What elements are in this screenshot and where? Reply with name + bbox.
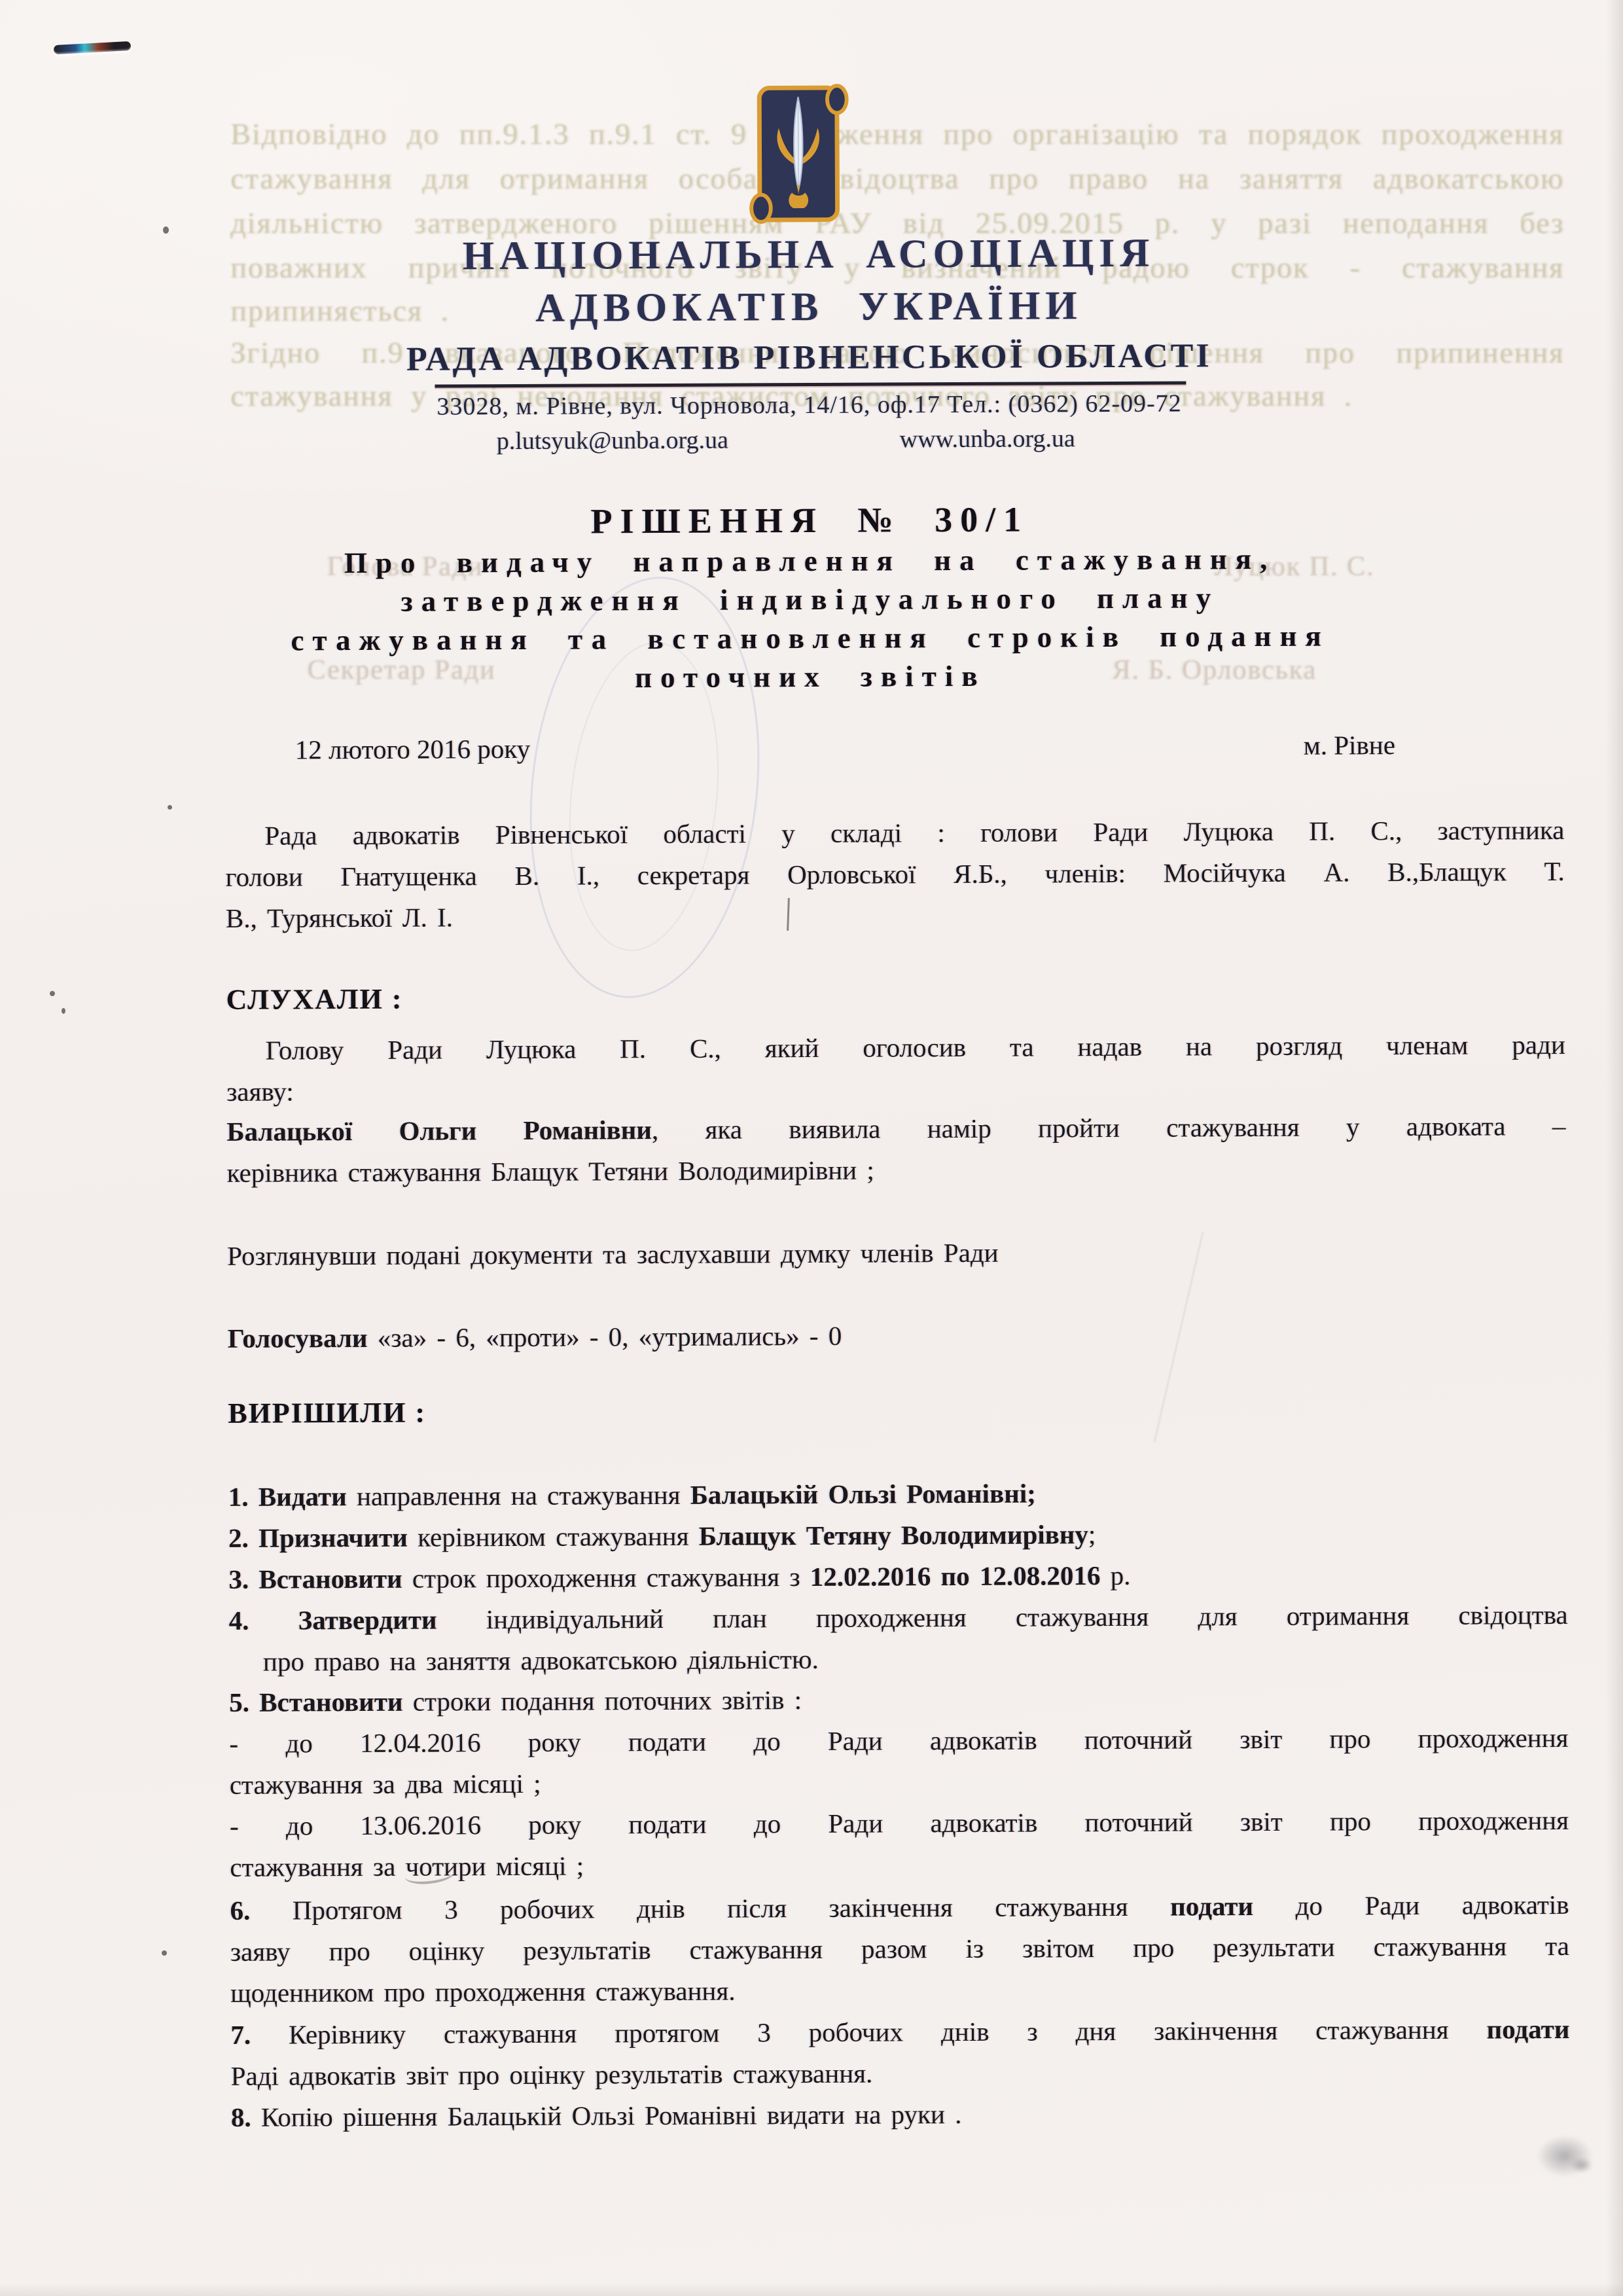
ink-speck — [168, 805, 172, 810]
org-name-line2: АДВОКАТІВ УКРАЇНИ — [0, 281, 1620, 334]
considered-paragraph: Розглянувши подані документи та заслухав… — [227, 1230, 1566, 1277]
resolution-item-5: 5. Встановити строки подання поточних зв… — [229, 1676, 1568, 1723]
decision-date: 12 лютого 2016 року — [295, 733, 531, 766]
letterhead-rule — [435, 381, 1186, 387]
vote-results: Голосували «за» - 6, «проти» - 0, «утрим… — [228, 1312, 1567, 1359]
decision-number-title: РІШЕННЯ № 30/1 — [0, 497, 1621, 545]
resolution-item-5-sub-1: - до 12.04.2016 року подати до Ради адво… — [229, 1717, 1569, 1806]
org-name-line1: НАЦІОНАЛЬНА АСОЦІАЦІЯ — [0, 228, 1620, 282]
document-content: НАЦІОНАЛЬНА АСОЦІАЦІЯ АДВОКАТІВ УКРАЇНИ … — [0, 0, 1623, 2296]
scan-edge-shadow-bottom — [0, 2283, 1623, 2296]
ink-speck — [50, 991, 55, 996]
council-name: РАДА АДВОКАТІВ РІВНЕНСЬКОЇ ОБЛАСТІ — [0, 335, 1620, 381]
heard-label: СЛУХАЛИ : — [226, 982, 402, 1016]
ink-speck — [62, 1008, 65, 1014]
resolution-item-1: 1. Видати направлення на стажування Бала… — [228, 1471, 1567, 1518]
heard-paragraph-2: Балацької Ольги Романівни, яка виявила н… — [226, 1105, 1566, 1194]
resolution-item-6: 6. Протягом 3 робочих днів після закінче… — [230, 1884, 1569, 2014]
contacts-line: p.lutsyuk@unba.org.ua www.unba.org.ua — [497, 424, 1075, 456]
resolution-item-7: 7. Керівнику стажування протягом 3 робоч… — [230, 2009, 1570, 2097]
resolution-item-2: 2. Призначити керівником стажування Блащ… — [228, 1512, 1567, 1559]
decision-subject: Про видачу направлення на стажування,зат… — [0, 539, 1622, 700]
email-text: p.lutsyuk@unba.org.ua — [497, 426, 728, 456]
ink-speck — [163, 226, 169, 234]
resolution-item-8: 8. Копію рішення Балацькій Ользі Романів… — [231, 2091, 1570, 2138]
resolution-item-4: 4. Затвердити індивідуальний план проход… — [229, 1594, 1569, 1683]
address-line: 33028, м. Рівне, вул. Чорновола, 14/16, … — [0, 387, 1621, 423]
website-text: www.unba.org.ua — [900, 424, 1075, 454]
heard-paragraph-1: Голову Ради Луцюка П. С., який оголосив … — [226, 1024, 1566, 1113]
naau-scroll-logo-icon — [742, 76, 853, 232]
ink-speck — [162, 1950, 167, 1956]
scanned-decision-page: Відповідно до пп.9.1.3 п.9.1 ст. 9 Полож… — [0, 0, 1623, 2296]
decided-label: ВИРІШИЛИ : — [228, 1396, 426, 1430]
decision-place: м. Рівне — [1304, 729, 1395, 761]
council-composition-paragraph: Рада адвокатів Рівненської області у скл… — [225, 810, 1565, 939]
smudge-mark-small — [1571, 2157, 1593, 2173]
scan-edge-shadow-right — [1606, 0, 1623, 2296]
resolution-item-3: 3. Встановити строк проходження стажуван… — [228, 1553, 1567, 1600]
